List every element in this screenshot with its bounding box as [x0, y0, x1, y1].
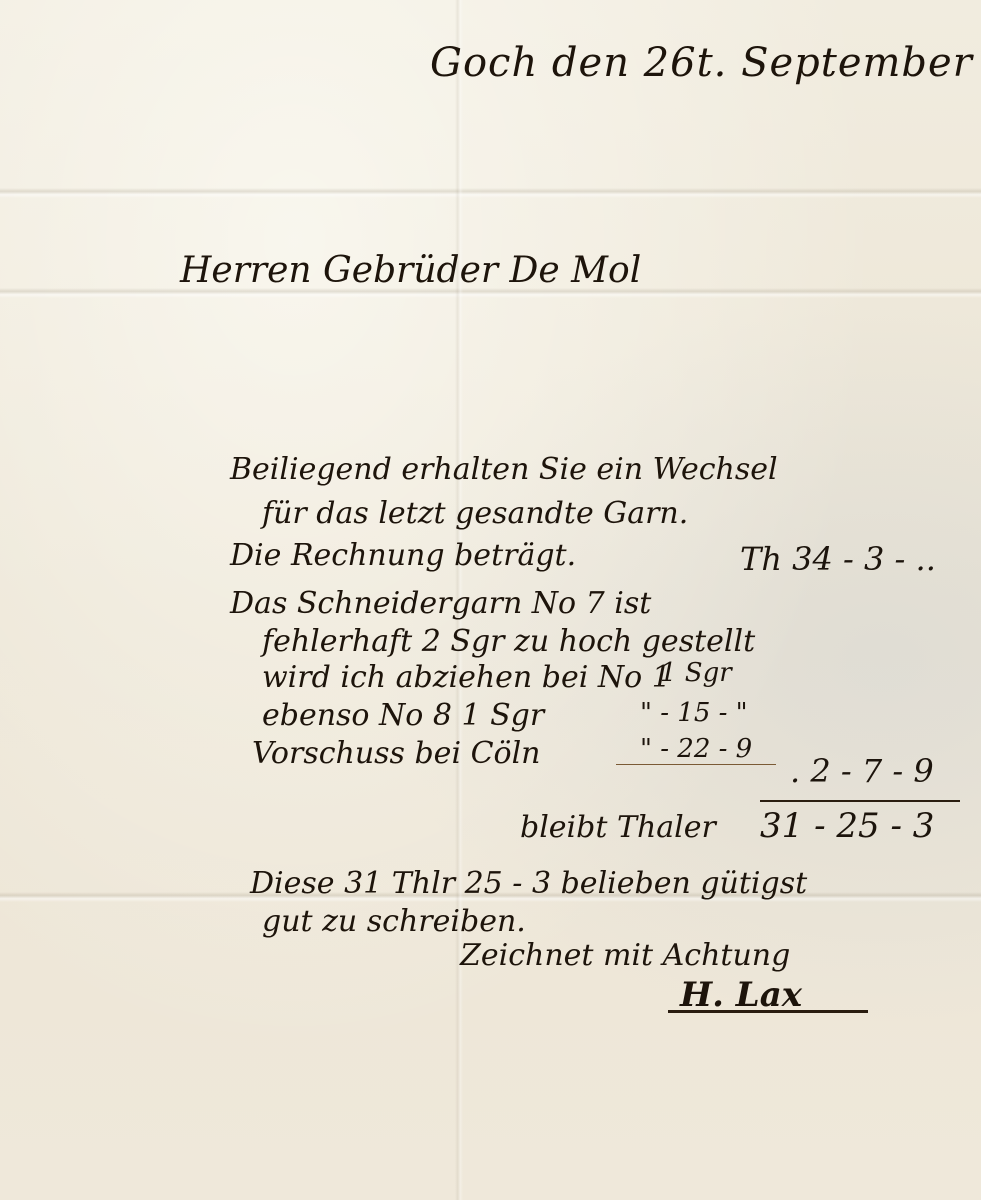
closing-line: Diese 31 Thlr 25 - 3 belieben gütigst	[250, 866, 807, 901]
body-line: wird ich abziehen bei No 1	[262, 660, 671, 695]
deductions-subtotal-amount: . 2 - 7 - 9	[790, 752, 934, 790]
body-line: ebenso No 8 1 Sgr	[262, 698, 544, 733]
salutation: Herren Gebrüder De Mol	[180, 250, 641, 291]
body-line: Die Rechnung beträgt.	[230, 538, 576, 573]
signature: H. Lax	[680, 975, 802, 1015]
valediction: Zeichnet mit Achtung	[460, 938, 790, 973]
signature-underline	[668, 1010, 868, 1013]
body-line: fehlerhaft 2 Sgr zu hoch gestellt	[262, 624, 755, 659]
body-line: für das letzt gesandte Garn.	[262, 496, 688, 531]
total-rule	[760, 800, 960, 802]
body-line: Das Schneidergarn No 7 ist	[230, 586, 651, 621]
closing-line: gut zu schreiben.	[262, 904, 526, 939]
remaining-label: bleibt Thaler	[520, 810, 716, 845]
body-line: Beiliegend erhalten Sie ein Wechsel	[230, 452, 778, 487]
subtotal-rule	[616, 764, 776, 765]
invoice-total-amount: Th 34 - 3 - ..	[740, 540, 936, 578]
remaining-total-amount: 31 - 25 - 3	[760, 806, 934, 846]
deduction-no8-amount: " - 15 - "	[640, 698, 748, 728]
body-line: Vorschuss bei Cöln	[252, 736, 541, 771]
deduction-no1-amount: 1 Sgr	[660, 658, 732, 688]
advance-coeln-amount: " - 22 - 9	[640, 734, 752, 764]
paper-fold	[0, 188, 981, 198]
letter-paper: Goch den 26t. September 1841. Herren Geb…	[0, 0, 981, 1200]
date-line: Goch den 26t. September 1841.	[430, 40, 981, 86]
